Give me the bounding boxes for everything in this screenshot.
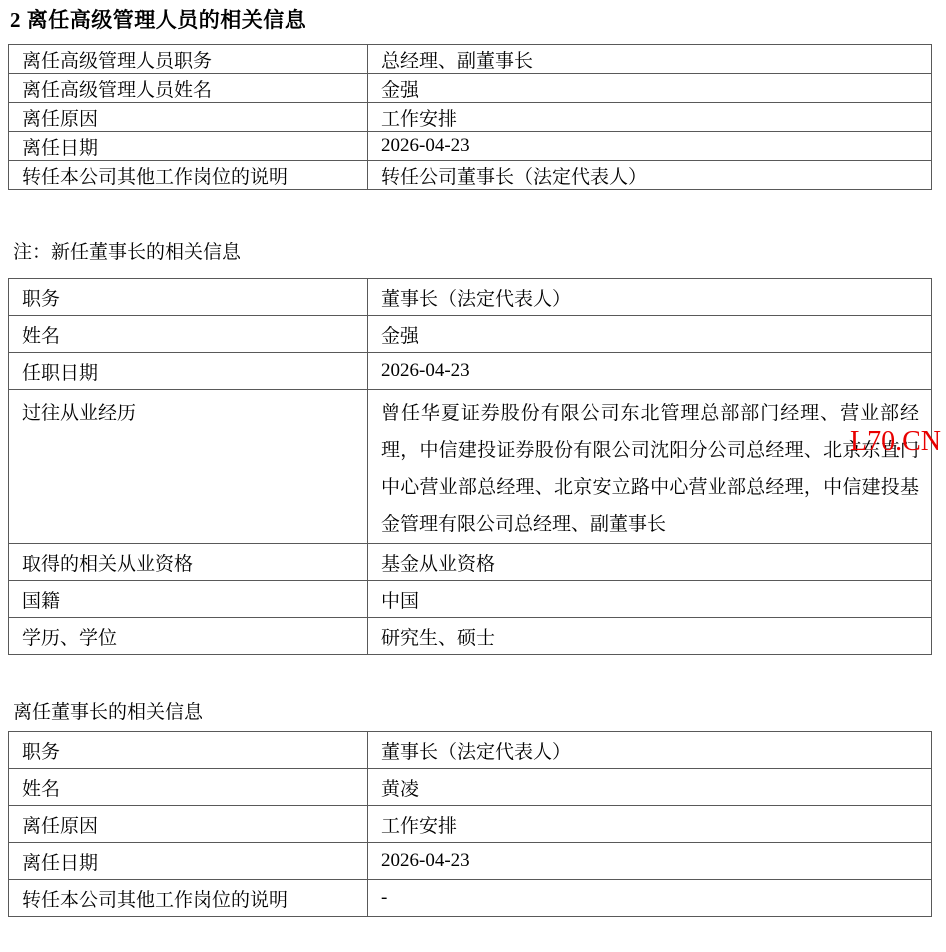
table-row: 姓名 金强 xyxy=(9,316,932,353)
field-value: 金强 xyxy=(368,316,932,353)
table-row: 过往从业经历 曾任华夏证券股份有限公司东北管理总部部门经理、营业部经理，中信建投… xyxy=(9,390,932,544)
field-label: 离任高级管理人员姓名 xyxy=(9,74,368,103)
field-label: 过往从业经历 xyxy=(9,390,368,544)
field-value: - xyxy=(368,880,932,917)
field-value: 研究生、硕士 xyxy=(368,618,932,655)
field-label: 职务 xyxy=(9,279,368,316)
table-row: 转任本公司其他工作岗位的说明 - xyxy=(9,880,932,917)
table-row: 离任高级管理人员职务 总经理、副董事长 xyxy=(9,45,932,74)
field-label: 取得的相关从业资格 xyxy=(9,544,368,581)
table-row: 转任本公司其他工作岗位的说明 转任公司董事长（法定代表人） xyxy=(9,161,932,190)
table-row: 任职日期 2026-04-23 xyxy=(9,353,932,390)
page-title: 2 离任高级管理人员的相关信息 xyxy=(10,6,946,34)
field-label: 离任原因 xyxy=(9,103,368,132)
table-row: 国籍 中国 xyxy=(9,581,932,618)
field-label: 姓名 xyxy=(9,769,368,806)
departing-senior-manager-table: 离任高级管理人员职务 总经理、副董事长 离任高级管理人员姓名 金强 离任原因 工… xyxy=(8,44,932,190)
field-value: 工作安排 xyxy=(368,806,932,843)
table-row: 离任高级管理人员姓名 金强 xyxy=(9,74,932,103)
field-label: 姓名 xyxy=(9,316,368,353)
table-row: 离任原因 工作安排 xyxy=(9,103,932,132)
table-row: 离任日期 2026-04-23 xyxy=(9,843,932,880)
departing-chairman-table: 职务 董事长（法定代表人） 姓名 黄凌 离任原因 工作安排 离任日期 2026-… xyxy=(8,731,932,917)
document-page: 2 离任高级管理人员的相关信息 离任高级管理人员职务 总经理、副董事长 离任高级… xyxy=(0,6,946,917)
field-label: 学历、学位 xyxy=(9,618,368,655)
field-value: 2026-04-23 xyxy=(368,353,932,390)
field-value: 总经理、副董事长 xyxy=(368,45,932,74)
field-value: 金强 xyxy=(368,74,932,103)
table-row: 取得的相关从业资格 基金从业资格 xyxy=(9,544,932,581)
field-label: 转任本公司其他工作岗位的说明 xyxy=(9,880,368,917)
table-row: 职务 董事长（法定代表人） xyxy=(9,279,932,316)
note-departing-chairman: 离任董事长的相关信息 xyxy=(13,702,946,723)
field-value: 黄凌 xyxy=(368,769,932,806)
field-value: 基金从业资格 xyxy=(368,544,932,581)
field-value: 工作安排 xyxy=(368,103,932,132)
field-label: 转任本公司其他工作岗位的说明 xyxy=(9,161,368,190)
table-row: 学历、学位 研究生、硕士 xyxy=(9,618,932,655)
field-value: 中国 xyxy=(368,581,932,618)
table-row: 离任原因 工作安排 xyxy=(9,806,932,843)
table-row: 职务 董事长（法定代表人） xyxy=(9,732,932,769)
field-label: 离任日期 xyxy=(9,843,368,880)
field-label: 离任高级管理人员职务 xyxy=(9,45,368,74)
field-value: 董事长（法定代表人） xyxy=(368,732,932,769)
field-label: 离任原因 xyxy=(9,806,368,843)
field-label: 职务 xyxy=(9,732,368,769)
field-value: 曾任华夏证券股份有限公司东北管理总部部门经理、营业部经理，中信建投证券股份有限公… xyxy=(368,390,932,544)
field-label: 离任日期 xyxy=(9,132,368,161)
table-row: 离任日期 2026-04-23 xyxy=(9,132,932,161)
field-value: 转任公司董事长（法定代表人） xyxy=(368,161,932,190)
field-value: 2026-04-23 xyxy=(368,843,932,880)
table-row: 姓名 黄凌 xyxy=(9,769,932,806)
field-label: 任职日期 xyxy=(9,353,368,390)
note-new-chairman: 注：新任董事长的相关信息 xyxy=(13,242,946,263)
new-chairman-table: 职务 董事长（法定代表人） 姓名 金强 任职日期 2026-04-23 过往从业… xyxy=(8,278,932,655)
field-value: 董事长（法定代表人） xyxy=(368,279,932,316)
field-value: 2026-04-23 xyxy=(368,132,932,161)
field-label: 国籍 xyxy=(9,581,368,618)
